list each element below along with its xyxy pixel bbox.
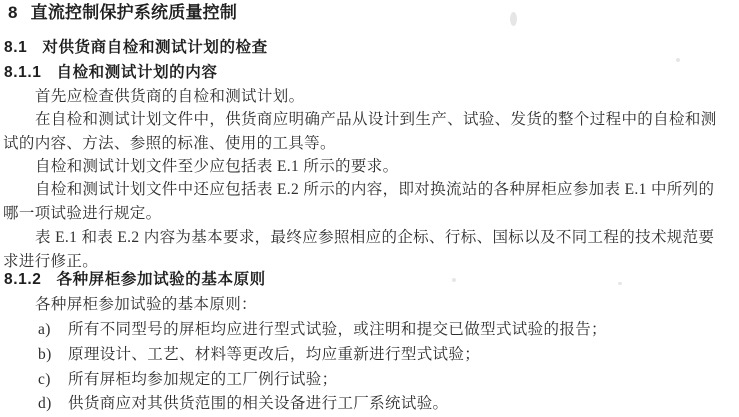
- section-title: 对供货商自检和测试计划的检查: [42, 39, 267, 56]
- list-item-text: 所有屏柜均参加规定的工厂例行试验；: [68, 371, 337, 388]
- list-item: d)供货商应对其供货范围的相关设备进行工厂系统试验。: [38, 395, 448, 412]
- subsection-1-number: 8.1.1: [4, 64, 41, 81]
- list-item: c)所有屏柜均参加规定的工厂例行试验；: [38, 371, 337, 388]
- paragraph-line: 各种屏柜参加试验的基本原则：: [35, 296, 257, 313]
- scan-artifact: [618, 282, 622, 285]
- paragraph-line: 首先应检查供货商的自检和测试计划。: [35, 88, 304, 105]
- chapter-number: 8: [8, 3, 18, 22]
- paragraph-line: 哪一项试验进行规定。: [3, 205, 162, 222]
- subsection-heading-1: 8.1.1自检和测试计划的内容: [4, 64, 218, 81]
- subsection-2-number: 8.1.2: [4, 271, 41, 288]
- paragraph-line: 求进行修正。: [3, 253, 98, 270]
- chapter-title: 直流控制保护系统质量控制: [31, 3, 237, 22]
- list-item-text: 原理设计、工艺、材料等更改后，均应重新进行型式试验；: [68, 346, 480, 363]
- scan-artifact: [510, 12, 517, 26]
- scan-artifact: [452, 278, 456, 282]
- list-item-label: a): [38, 321, 53, 338]
- paragraph-line: 自检和测试计划文件至少应包括表 E.1 所示的要求。: [35, 158, 398, 175]
- list-item-label: c): [38, 371, 53, 388]
- scan-artifact: [676, 58, 680, 62]
- list-item: a)所有不同型号的屏柜均应进行型式试验，或注明和提交已做型式试验的报告；: [38, 321, 607, 338]
- paragraph-line: 自检和测试计划文件中还应包括表 E.2 所示的内容，即对换流站的各种屏柜应参加表…: [35, 181, 714, 198]
- paragraph-line: 试的内容、方法、参照的标准、使用的工具等。: [3, 135, 336, 152]
- section-heading: 8.1对供货商自检和测试计划的检查: [4, 39, 268, 56]
- subsection-heading-2: 8.1.2各种屏柜参加试验的基本原则: [4, 271, 266, 288]
- paragraph-line: 表 E.1 和表 E.2 内容为基本要求，最终应参照相应的企标、行标、国标以及不…: [35, 229, 714, 246]
- list-item-text: 供货商应对其供货范围的相关设备进行工厂系统试验。: [68, 395, 448, 412]
- chapter-heading: 8直流控制保护系统质量控制: [8, 4, 237, 21]
- subsection-2-title: 各种屏柜参加试验的基本原则: [56, 271, 265, 288]
- list-item-text: 所有不同型号的屏柜均应进行型式试验，或注明和提交已做型式试验的报告；: [68, 321, 607, 338]
- list-item-label: b): [38, 346, 53, 363]
- paragraph-line: 在自检和测试计划文件中，供货商应明确产品从设计到生产、试验、发货的整个过程中的自…: [35, 111, 717, 128]
- subsection-1-title: 自检和测试计划的内容: [56, 64, 217, 81]
- scanned-document-page: 8直流控制保护系统质量控制 8.1对供货商自检和测试计划的检查 8.1.1自检和…: [0, 0, 739, 417]
- section-number: 8.1: [4, 39, 27, 56]
- list-item: b)原理设计、工艺、材料等更改后，均应重新进行型式试验；: [38, 346, 480, 363]
- list-item-label: d): [38, 395, 53, 412]
